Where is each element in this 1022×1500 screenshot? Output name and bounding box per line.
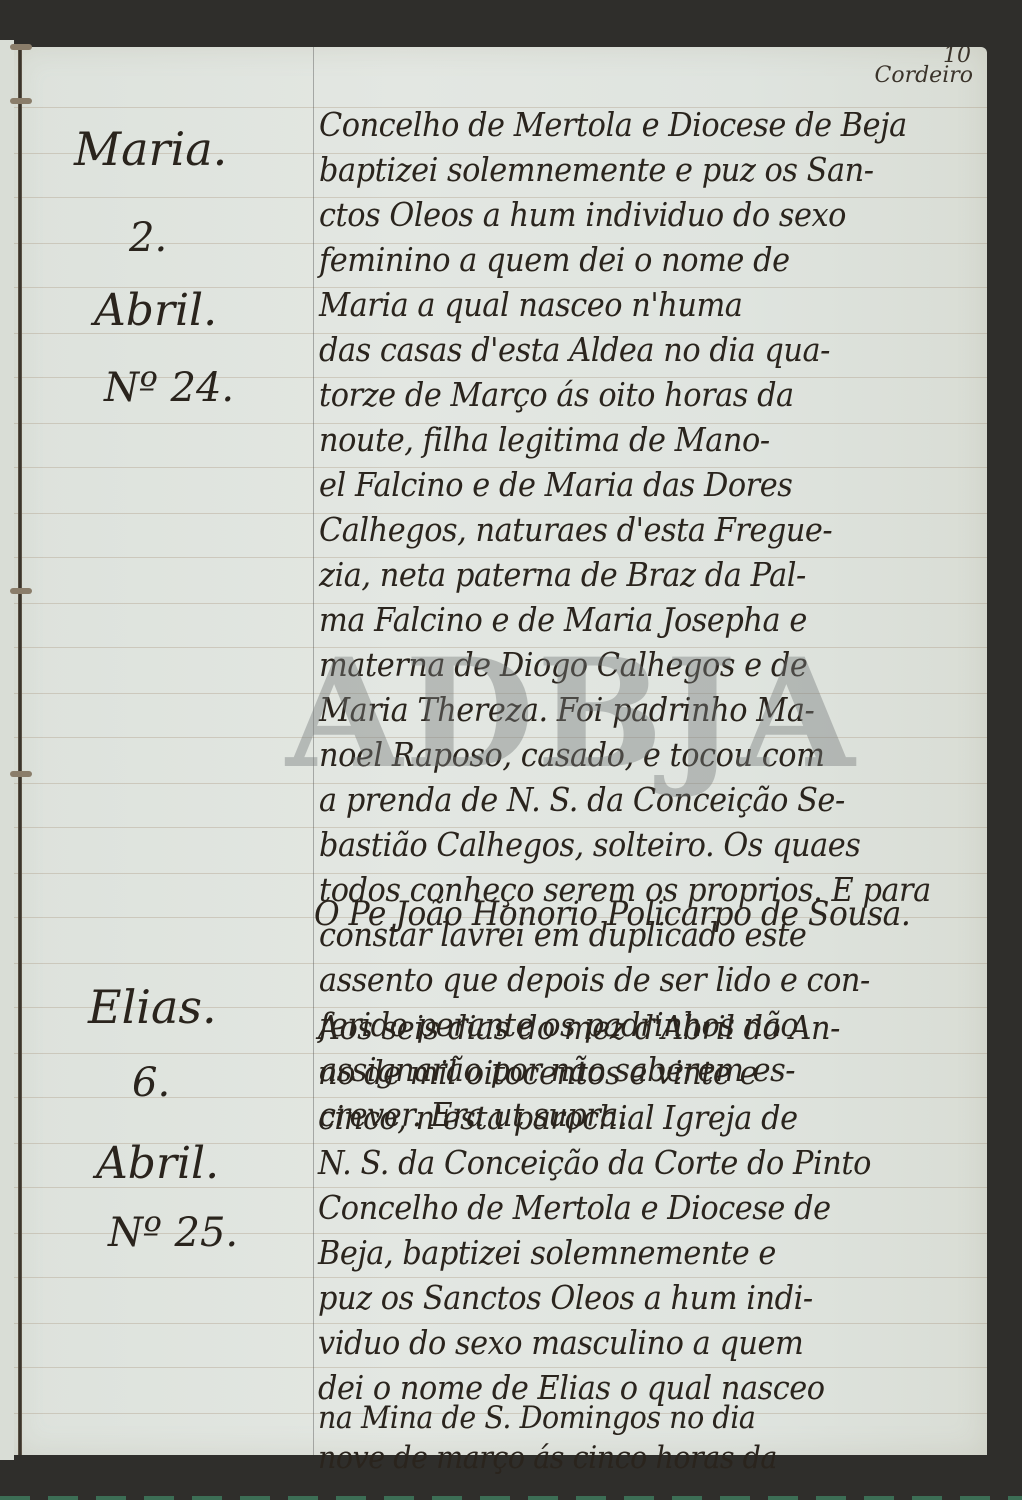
binding-stitch: [10, 588, 32, 594]
entry-2-month: Abril.: [96, 1138, 219, 1189]
entry-1-line: ma Falcino e de Maria Josepha e: [319, 600, 915, 639]
color-calibration-strip: [0, 1496, 1022, 1500]
entry-1-line: assento que depois de ser lido e con-: [319, 960, 915, 999]
entry-1-line: Maria Thereza. Foi padrinho Ma-: [319, 690, 915, 729]
entry-1-line: Concelho de Mertola e Diocese de Beja: [319, 105, 915, 144]
entry-1-line: baptizei solemnemente e puz os San-: [319, 150, 915, 189]
binding-stitch: [10, 771, 32, 777]
margin-rule: [313, 47, 314, 1455]
binding-stitch: [10, 44, 32, 50]
entry-2-day: 6.: [132, 1060, 170, 1106]
entry-1-line: materna de Diogo Calhegos e de: [319, 645, 915, 684]
entry-1-line: el Falcino e de Maria das Dores: [319, 465, 915, 504]
book-spine: [18, 47, 22, 1455]
entry-1-line: a prenda de N. S. da Conceição Se-: [319, 780, 915, 819]
entry-1-line: torze de Março ás oito horas da: [319, 375, 915, 414]
left-page-edge: [0, 40, 14, 1460]
binding-stitch: [10, 98, 32, 104]
entry-1-name: Maria.: [74, 122, 227, 176]
entry-1-line: ctos Oleos a hum individuo do sexo: [319, 195, 915, 234]
entry-1-line: Calhegos, naturaes d'esta Fregue-: [319, 510, 915, 549]
entry-1-line: Maria a qual nasceo n'huma: [319, 285, 915, 324]
entry-2-number: Nº 25.: [108, 1210, 238, 1256]
entry-1-month: Abril.: [94, 285, 217, 336]
entry-1-line: zia, neta paterna de Braz da Pal-: [319, 555, 915, 594]
corner-annotation: Cordeiro: [875, 63, 974, 88]
entry-1-line: bastião Calhegos, solteiro. Os quaes: [319, 825, 915, 864]
entry-1-line: noel Raposo, casado, e tocou com: [319, 735, 915, 774]
entry-1-line: das casas d'esta Aldea no dia qua-: [319, 330, 915, 369]
entry-1-number: Nº 24.: [104, 365, 234, 411]
entry-1-day: 2.: [129, 215, 167, 261]
entry-1-line: feminino a quem dei o nome de: [319, 240, 915, 279]
entry-1-line: noute, filha legitima de Mano-: [319, 420, 915, 459]
entry-2-name: Elias.: [88, 980, 217, 1034]
